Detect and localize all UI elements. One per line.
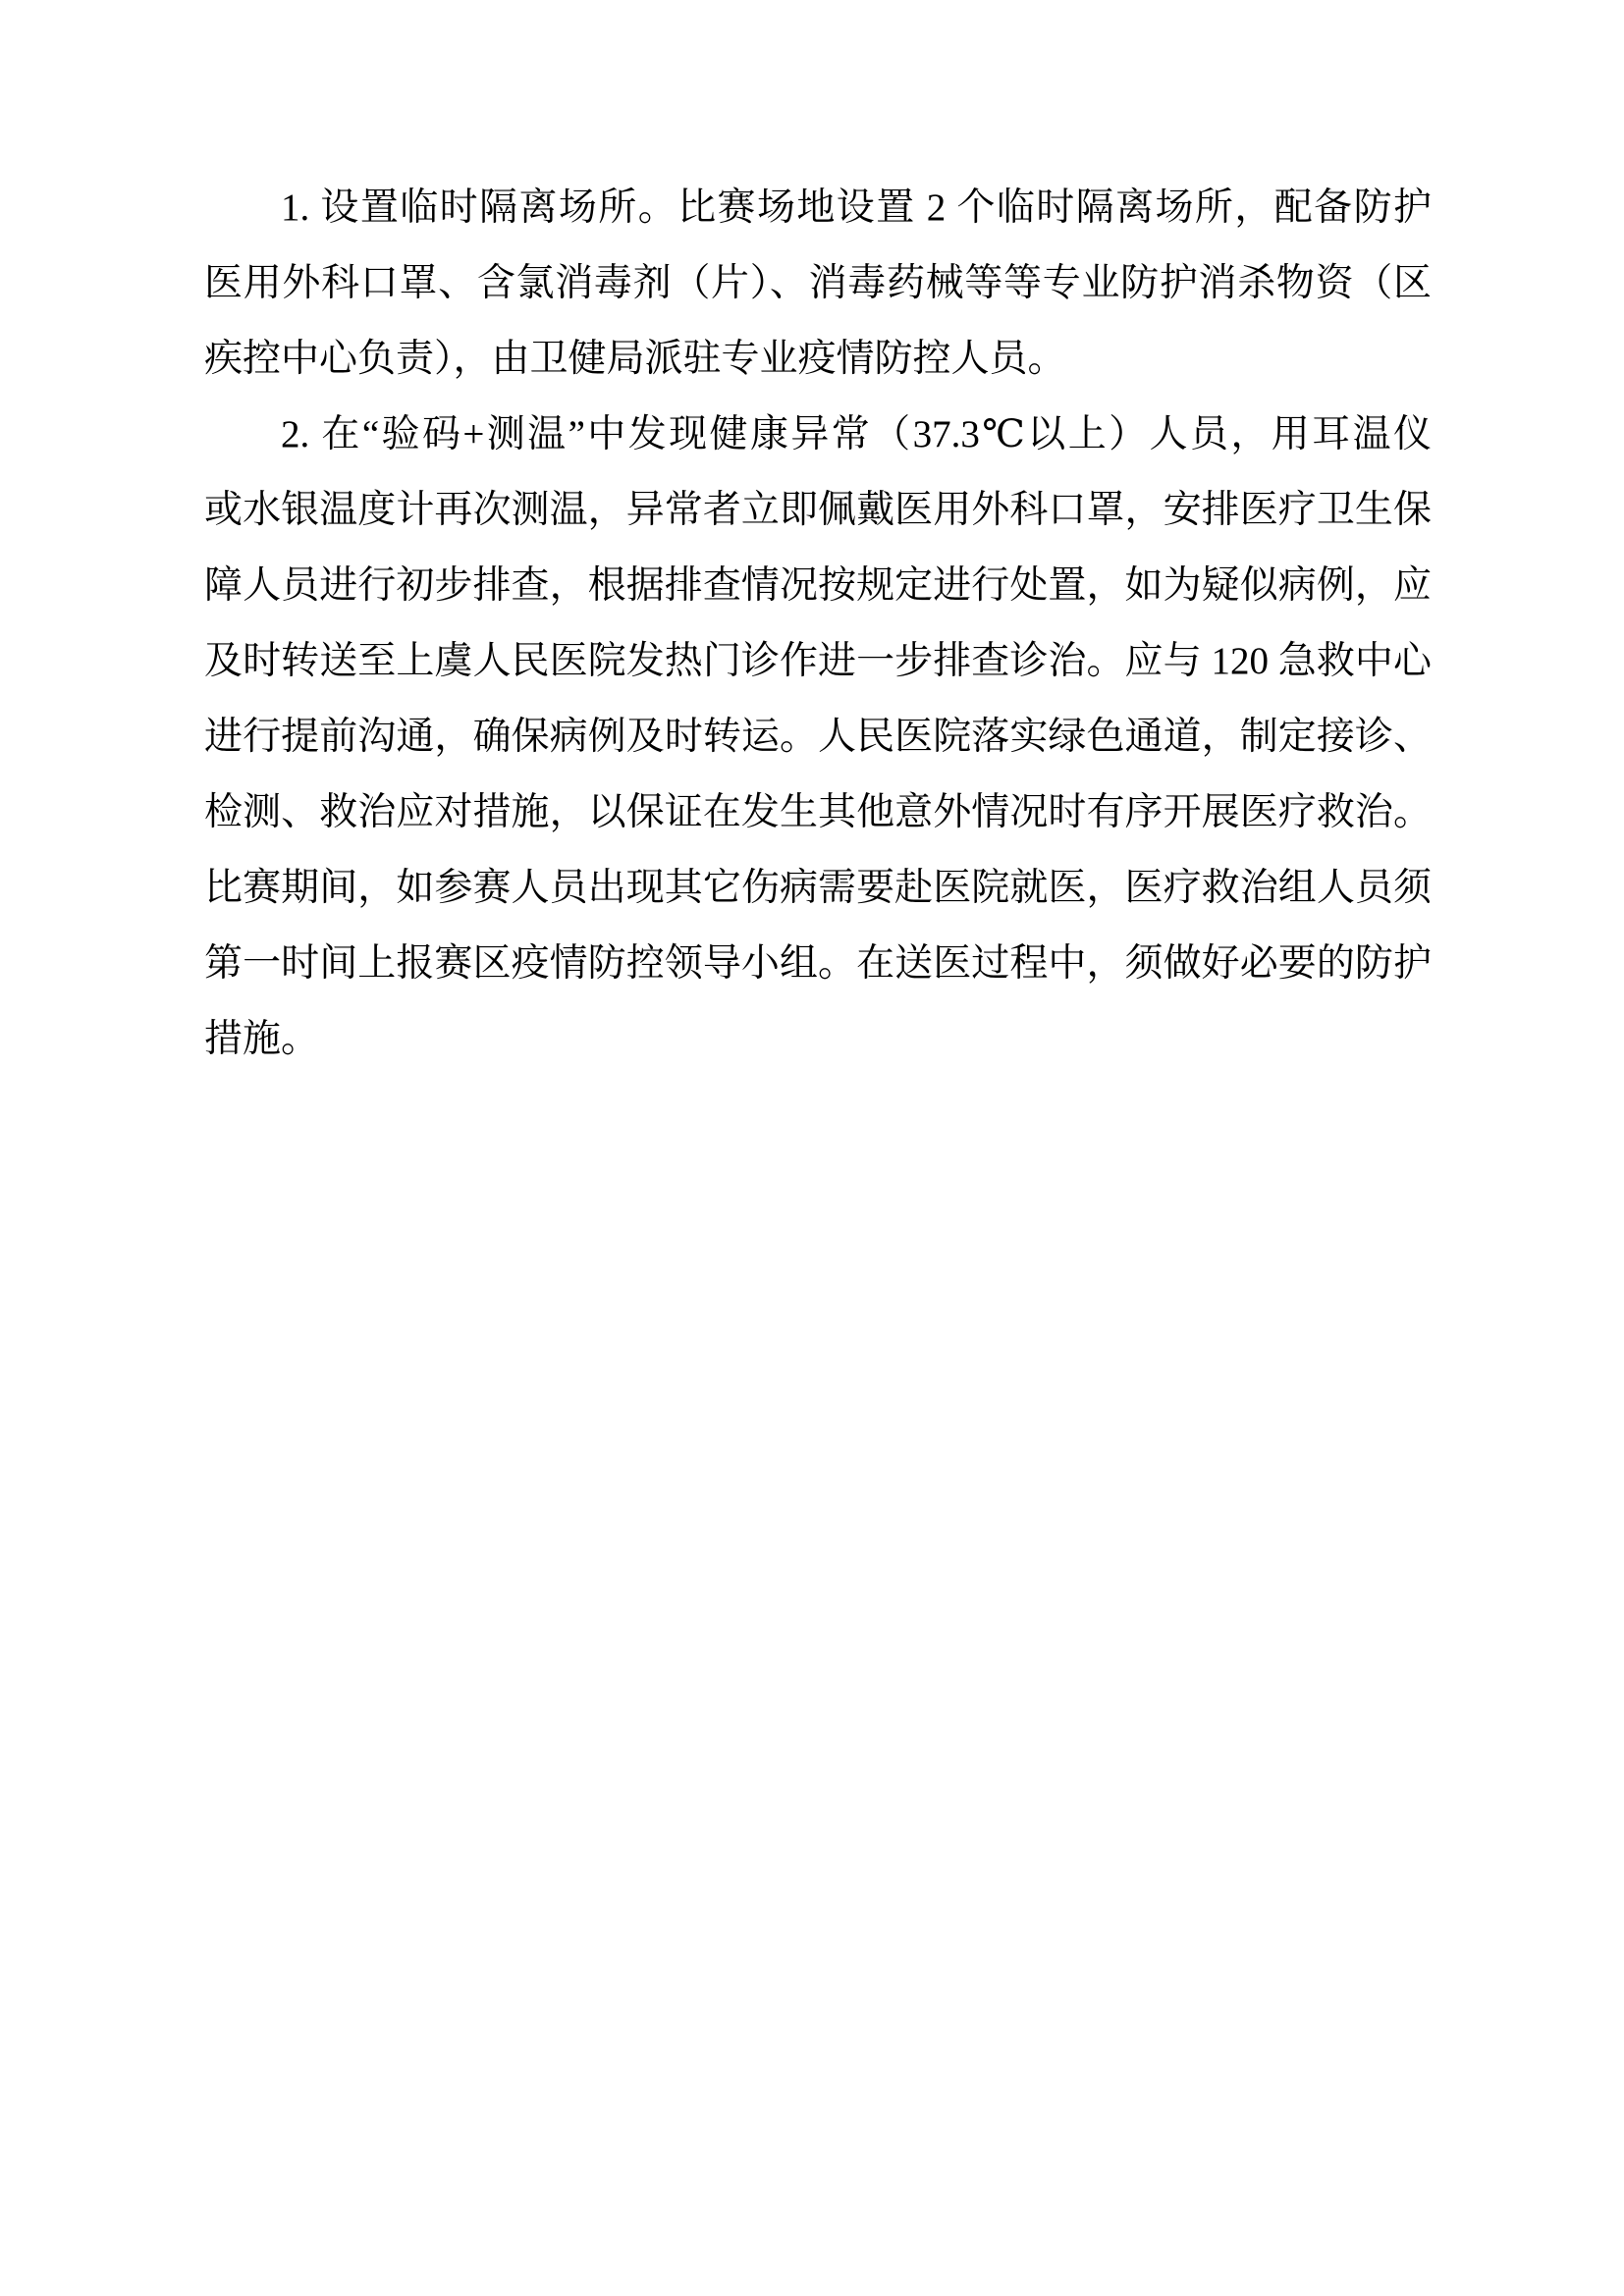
- paragraph-1: 1. 设置临时隔离场所。比赛场地设置 2 个临时隔离场所，配备防护服、医用外科口…: [204, 170, 1432, 397]
- text-line: 医用外科口罩、含氯消毒剂（片）、消毒药械等等专业防护消杀物资（区: [204, 245, 1432, 321]
- text-line: 疾控中心负责），由卫健局派驻专业疫情防控人员。: [204, 321, 1432, 397]
- document-body: 1. 设置临时隔离场所。比赛场地设置 2 个临时隔离场所，配备防护服、医用外科口…: [204, 170, 1432, 1077]
- text-line: 检测、救治应对措施，以保证在发生其他意外情况时有序开展医疗救治。: [204, 774, 1432, 850]
- text-line: 比赛期间，如参赛人员出现其它伤病需要赴医院就医，医疗救治组人员须: [204, 850, 1432, 926]
- text-line: 措施。: [204, 1001, 1432, 1077]
- text-line: 1. 设置临时隔离场所。比赛场地设置 2 个临时隔离场所，配备防护服、: [204, 170, 1432, 245]
- text-line: 2. 在“验码+测温”中发现健康异常（37.3℃以上）人员，用耳温仪: [204, 397, 1432, 472]
- text-line: 第一时间上报赛区疫情防控领导小组。在送医过程中，须做好必要的防护: [204, 926, 1432, 1001]
- text-line: 进行提前沟通，确保病例及时转运。人民医院落实绿色通道，制定接诊、: [204, 699, 1432, 774]
- text-line: 或水银温度计再次测温，异常者立即佩戴医用外科口罩，安排医疗卫生保: [204, 472, 1432, 548]
- paragraph-2: 2. 在“验码+测温”中发现健康异常（37.3℃以上）人员，用耳温仪或水银温度计…: [204, 397, 1432, 1077]
- document-page: 1. 设置临时隔离场所。比赛场地设置 2 个临时隔离场所，配备防护服、医用外科口…: [0, 0, 1624, 2296]
- text-line: 及时转送至上虞人民医院发热门诊作进一步排查诊治。应与 120 急救中心: [204, 623, 1432, 699]
- text-line: 障人员进行初步排查，根据排查情况按规定进行处置，如为疑似病例，应: [204, 548, 1432, 623]
